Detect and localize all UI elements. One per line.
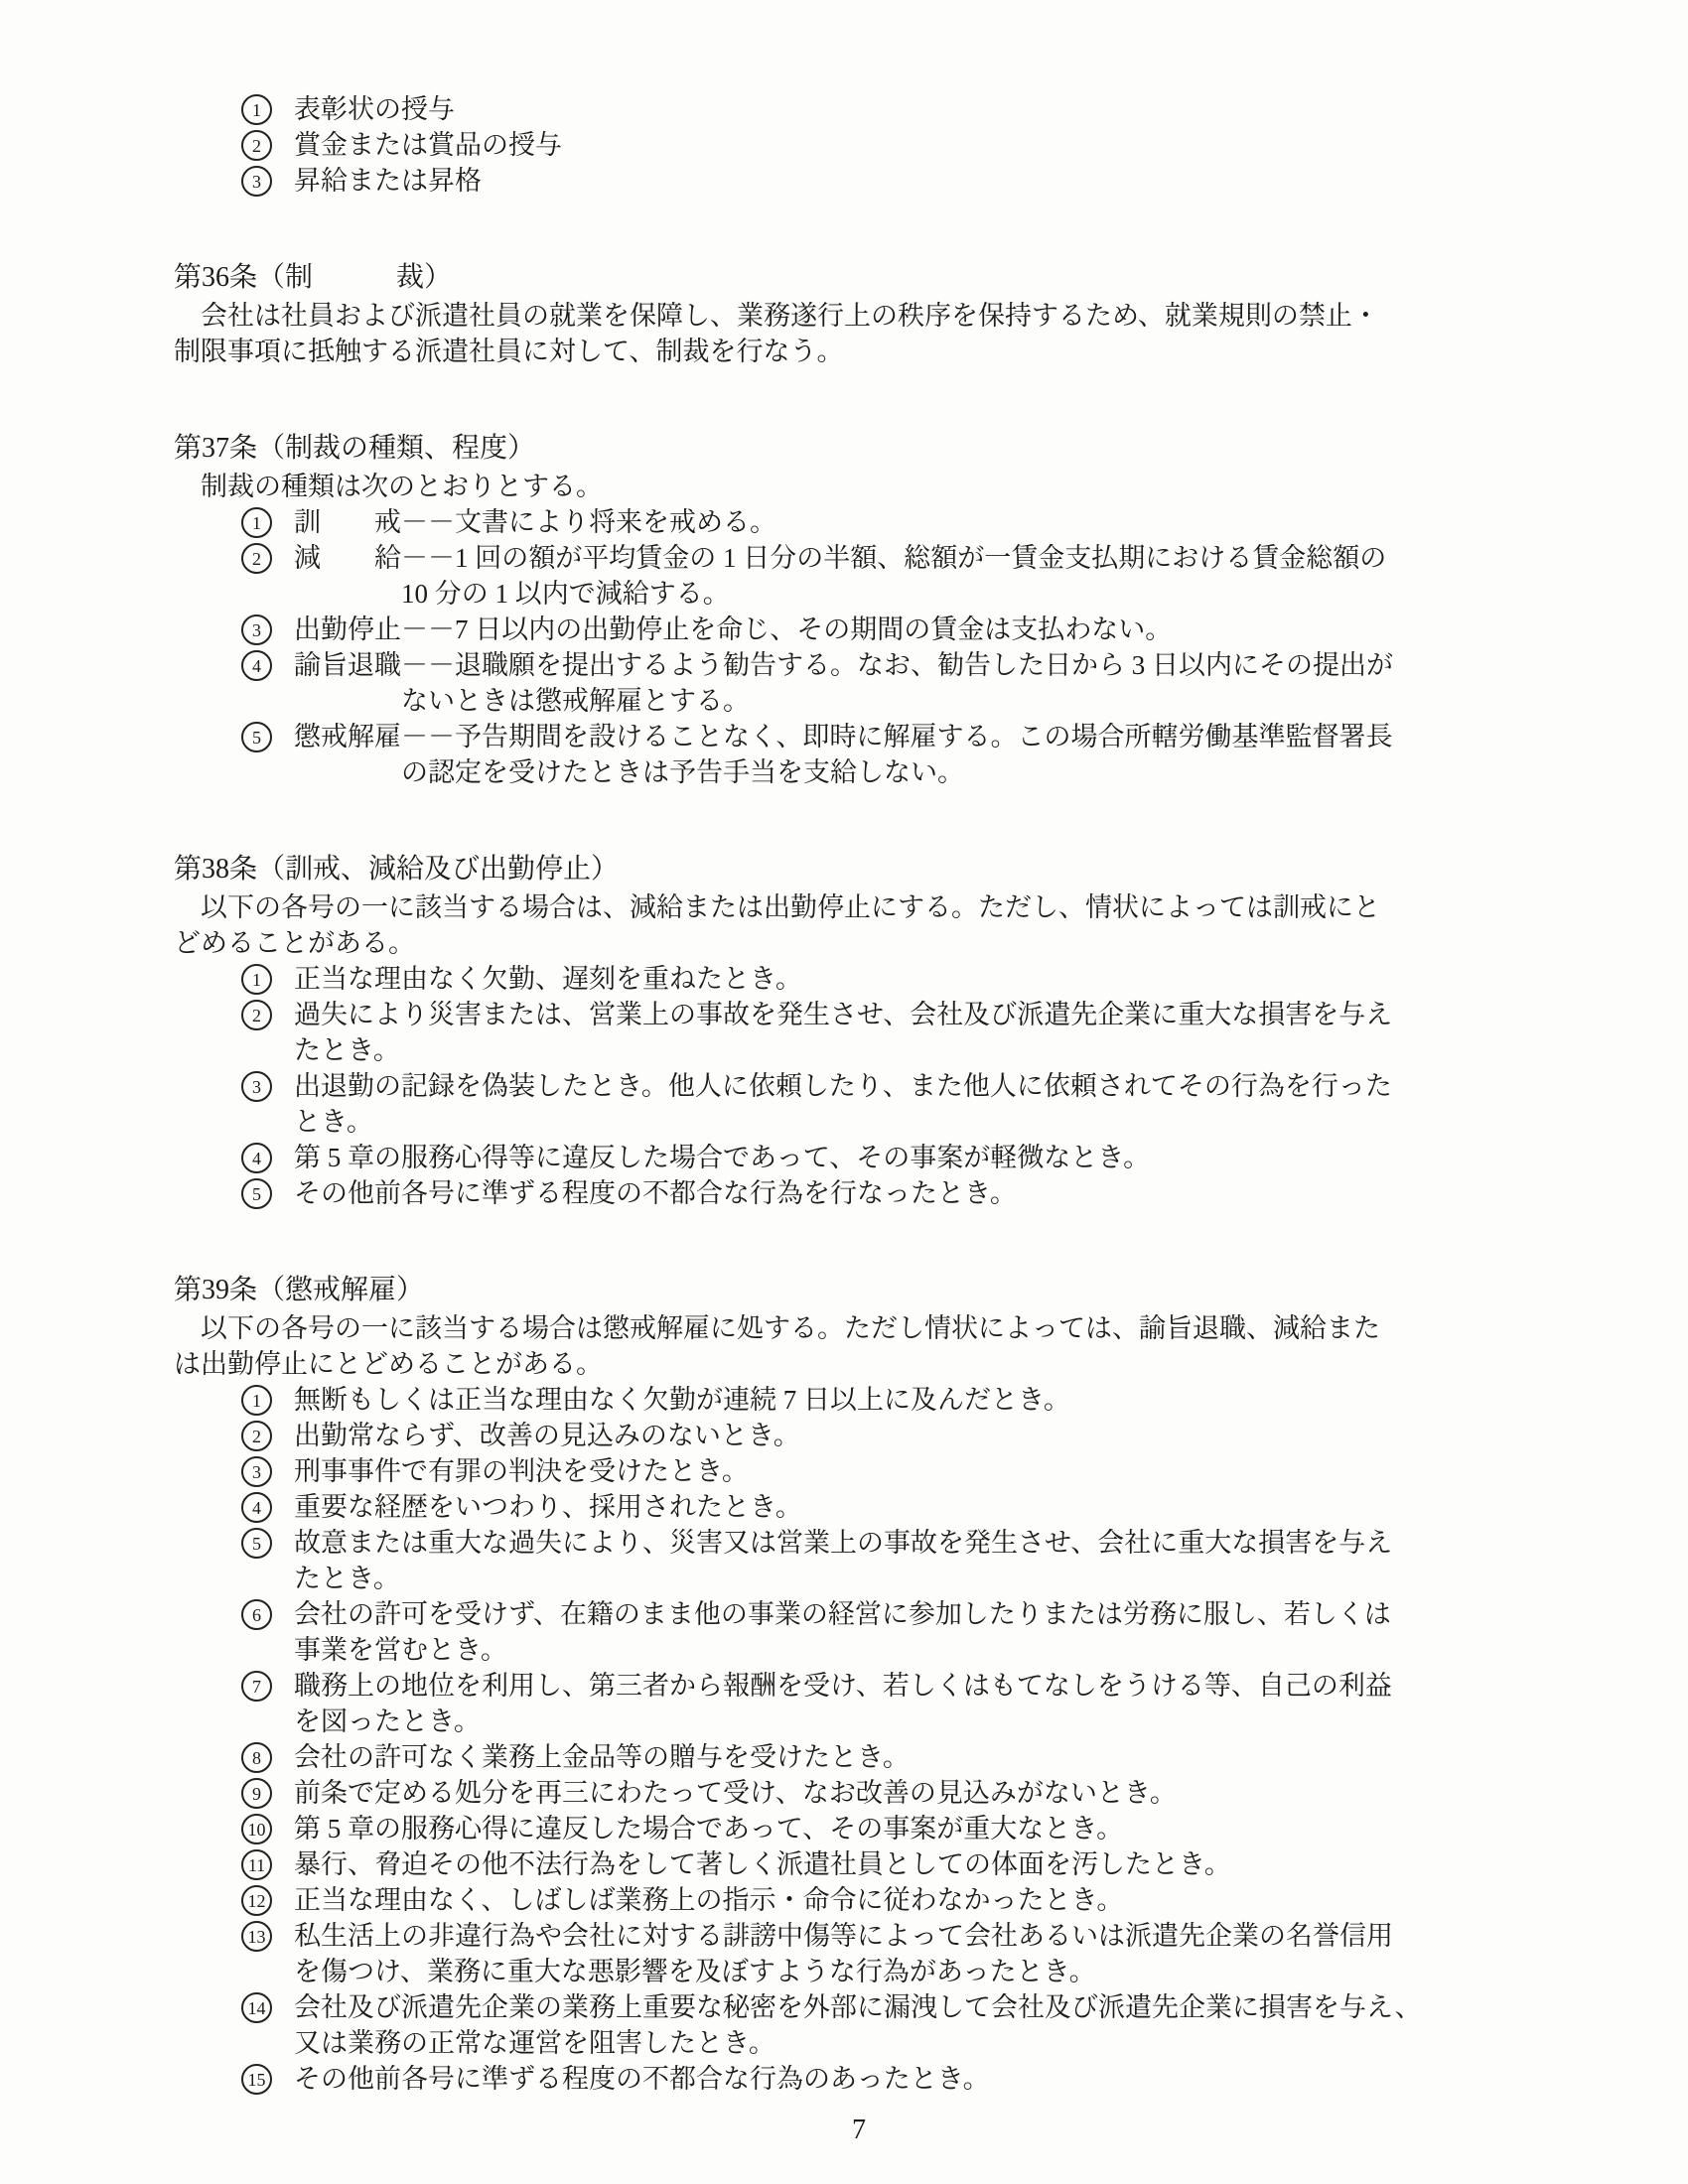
item-text: その他前各号に準ずる程度の不都合な行為を行なったとき。 — [294, 1175, 1544, 1211]
item-text: 減 給－－1 回の額が平均賃金の 1 日分の半額、総額が一賃金支払期における賃金… — [294, 540, 1544, 612]
circled-number-icon: 5 — [241, 722, 272, 752]
item-text-line: 賞金または賞品の授与 — [294, 127, 1544, 163]
item-text: 暴行、脅迫その他不法行為をして著しく派遣社員としての体面を汚したとき。 — [294, 1846, 1544, 1882]
article-item: 5故意または重大な過失により、災害又は営業上の事故を発生させ、会社に重大な損害を… — [241, 1525, 1544, 1596]
item-text-line: とき。 — [294, 1104, 1544, 1140]
item-text-line: たとき。 — [294, 1561, 1544, 1596]
article-item: 1表彰状の授与 — [241, 91, 1544, 127]
item-text: 故意または重大な過失により、災害又は営業上の事故を発生させ、会社に重大な損害を与… — [294, 1525, 1544, 1596]
item-text-line: 故意または重大な過失により、災害又は営業上の事故を発生させ、会社に重大な損害を与… — [294, 1525, 1544, 1561]
item-text-line: 会社及び派遣先企業の業務上重要な秘密を外部に漏洩して会社及び派遣先企業に損害を与… — [294, 1989, 1544, 2025]
article-section: 第38条（訓戒、減給及び出勤停止）以下の各号の一に該当する場合は、減給または出勤… — [174, 850, 1544, 1211]
item-text-line: 過失により災害または、営業上の事故を発生させ、会社及び派遣先企業に重大な損害を与… — [294, 997, 1544, 1032]
article-item: 14会社及び派遣先企業の業務上重要な秘密を外部に漏洩して会社及び派遣先企業に損害… — [241, 1989, 1544, 2061]
circled-number-icon: 14 — [241, 1992, 272, 2023]
circled-number-icon: 4 — [241, 1143, 272, 1173]
circled-number-icon: 3 — [241, 614, 272, 645]
circled-number-icon: 2 — [241, 543, 272, 574]
item-text: 第 5 章の服務心得に違反した場合であって、その事案が重大なとき。 — [294, 1811, 1544, 1846]
article-item: 2賞金または賞品の授与 — [241, 127, 1544, 163]
article-section: 第37条（制裁の種類、程度）制裁の種類は次のとおりとする。1訓 戒－－文書により… — [174, 429, 1544, 790]
item-text: 会社の許可なく業務上金品等の贈与を受けたとき。 — [294, 1739, 1544, 1775]
circled-number-icon: 2 — [241, 1000, 272, 1030]
item-text-line: 出勤常ならず、改善の見込みのないとき。 — [294, 1418, 1544, 1453]
circled-number-icon: 6 — [241, 1599, 272, 1630]
item-text-line: 職務上の地位を利用し、第三者から報酬を受け、若しくはもてなしをうける等、自己の利… — [294, 1668, 1544, 1704]
article-heading: 第37条（制裁の種類、程度） — [174, 429, 1544, 469]
item-text: 過失により災害または、営業上の事故を発生させ、会社及び派遣先企業に重大な損害を与… — [294, 997, 1544, 1068]
circled-number-icon: 1 — [241, 94, 272, 125]
item-text: 昇給または昇格 — [294, 163, 1544, 199]
document-page: 1表彰状の授与2賞金または賞品の授与3昇給または昇格 第36条（制 裁）会社は社… — [0, 0, 1688, 2184]
circled-number-icon: 15 — [241, 2064, 272, 2095]
article-item: 3刑事事件で有罪の判決を受けたとき。 — [241, 1453, 1544, 1489]
item-text-line: を傷つけ、業務に重大な悪影響を及ぼすような行為があったとき。 — [294, 1954, 1544, 1989]
item-text-line: 第 5 章の服務心得に違反した場合であって、その事案が重大なとき。 — [294, 1811, 1544, 1846]
article-section: 第36条（制 裁）会社は社員および派遣社員の就業を保障し、業務遂行上の秩序を保持… — [174, 258, 1544, 369]
circled-number-icon: 7 — [241, 1671, 272, 1702]
item-text-line: 刑事事件で有罪の判決を受けたとき。 — [294, 1453, 1544, 1489]
circled-number-icon: 2 — [241, 1421, 272, 1451]
page-number: 7 — [174, 2113, 1544, 2148]
circled-number-icon: 10 — [241, 1814, 272, 1844]
item-text: 訓 戒－－文書により将来を戒める。 — [294, 504, 1544, 540]
article-paragraph-line: 制限事項に抵触する派遣社員に対して、制裁を行なう。 — [174, 334, 1544, 369]
item-text-line: その他前各号に準ずる程度の不都合な行為を行なったとき。 — [294, 1175, 1544, 1211]
item-text: 刑事事件で有罪の判決を受けたとき。 — [294, 1453, 1544, 1489]
item-text: 会社の許可を受けず、在籍のまま他の事業の経営に参加したりまたは労務に服し、若しく… — [294, 1596, 1544, 1668]
article-item: 13私生活上の非違行為や会社に対する誹謗中傷等によって会社あるいは派遣先企業の名… — [241, 1918, 1544, 1989]
item-text: 私生活上の非違行為や会社に対する誹謗中傷等によって会社あるいは派遣先企業の名誉信… — [294, 1918, 1544, 1989]
item-text-line: たとき。 — [294, 1032, 1544, 1068]
circled-number-icon: 3 — [241, 1071, 272, 1102]
article-item: 4諭旨退職－－退職願を提出するよう勧告する。なお、勧告した日から 3 日以内にそ… — [241, 647, 1544, 719]
item-text: 諭旨退職－－退職願を提出するよう勧告する。なお、勧告した日から 3 日以内にその… — [294, 647, 1544, 719]
item-text-line: 表彰状の授与 — [294, 91, 1544, 127]
item-text: 出勤停止－－7 日以内の出勤停止を命じ、その期間の賃金は支払わない。 — [294, 612, 1544, 647]
article-items: 1無断もしくは正当な理由なく欠勤が連続 7 日以上に及んだとき。2出勤常ならず、… — [174, 1382, 1544, 2097]
item-text: 賞金または賞品の授与 — [294, 127, 1544, 163]
article-item: 1正当な理由なく欠勤、遅刻を重ねたとき。 — [241, 961, 1544, 997]
circled-number-icon: 3 — [241, 166, 272, 197]
article-item: 4重要な経歴をいつわり、採用されたとき。 — [241, 1489, 1544, 1525]
article-item: 15その他前各号に準ずる程度の不都合な行為のあったとき。 — [241, 2061, 1544, 2097]
circled-number-icon: 5 — [241, 1178, 272, 1209]
item-text-line: ないときは懲戒解雇とする。 — [401, 683, 1544, 719]
item-text: 無断もしくは正当な理由なく欠勤が連続 7 日以上に及んだとき。 — [294, 1382, 1544, 1418]
article-paragraph-line: 会社は社員および派遣社員の就業を保障し、業務遂行上の秩序を保持するため、就業規則… — [174, 298, 1544, 334]
article-item: 2出勤常ならず、改善の見込みのないとき。 — [241, 1418, 1544, 1453]
article-item: 10第 5 章の服務心得に違反した場合であって、その事案が重大なとき。 — [241, 1811, 1544, 1846]
item-text-line: 懲戒解雇－－予告期間を設けることなく、即時に解雇する。この場合所轄労働基準監督署… — [294, 719, 1544, 754]
item-text: 正当な理由なく欠勤、遅刻を重ねたとき。 — [294, 961, 1544, 997]
item-text-line: 昇給または昇格 — [294, 163, 1544, 199]
item-text: 職務上の地位を利用し、第三者から報酬を受け、若しくはもてなしをうける等、自己の利… — [294, 1668, 1544, 1739]
article-item: 1訓 戒－－文書により将来を戒める。 — [241, 504, 1544, 540]
item-text: 前条で定める処分を再三にわたって受け、なお改善の見込みがないとき。 — [294, 1775, 1544, 1811]
circled-number-icon: 1 — [241, 1385, 272, 1416]
article-paragraph-line: どめることがある。 — [174, 925, 1544, 961]
item-text-line: 10 分の 1 以内で減給する。 — [401, 576, 1544, 612]
item-text-line: その他前各号に準ずる程度の不都合な行為のあったとき。 — [294, 2061, 1544, 2097]
circled-number-icon: 9 — [241, 1778, 272, 1809]
item-text-line: 出勤停止－－7 日以内の出勤停止を命じ、その期間の賃金は支払わない。 — [294, 612, 1544, 647]
item-text: 出勤常ならず、改善の見込みのないとき。 — [294, 1418, 1544, 1453]
item-text-line: 又は業務の正常な運営を阻害したとき。 — [294, 2025, 1544, 2061]
item-text: 出退勤の記録を偽装したとき。他人に依頼したり、また他人に依頼されてその行為を行っ… — [294, 1068, 1544, 1140]
article-item: 5その他前各号に準ずる程度の不都合な行為を行なったとき。 — [241, 1175, 1544, 1211]
article-heading: 第38条（訓戒、減給及び出勤停止） — [174, 850, 1544, 889]
article-item: 6会社の許可を受けず、在籍のまま他の事業の経営に参加したりまたは労務に服し、若し… — [241, 1596, 1544, 1668]
article-item: 9前条で定める処分を再三にわたって受け、なお改善の見込みがないとき。 — [241, 1775, 1544, 1811]
circled-number-icon: 1 — [241, 964, 272, 995]
item-text-line: 正当な理由なく欠勤、遅刻を重ねたとき。 — [294, 961, 1544, 997]
article-item: 3昇給または昇格 — [241, 163, 1544, 199]
item-text-line: 第 5 章の服務心得等に違反した場合であって、その事案が軽微なとき。 — [294, 1140, 1544, 1175]
article-item: 5懲戒解雇－－予告期間を設けることなく、即時に解雇する。この場合所轄労働基準監督… — [241, 719, 1544, 790]
article-item: 3出勤停止－－7 日以内の出勤停止を命じ、その期間の賃金は支払わない。 — [241, 612, 1544, 647]
circled-number-icon: 4 — [241, 650, 272, 681]
item-text: 会社及び派遣先企業の業務上重要な秘密を外部に漏洩して会社及び派遣先企業に損害を与… — [294, 1989, 1544, 2061]
item-text-line: 正当な理由なく、しばしば業務上の指示・命令に従わなかったとき。 — [294, 1882, 1544, 1918]
item-text-line: 訓 戒－－文書により将来を戒める。 — [294, 504, 1544, 540]
article-item: 3出退勤の記録を偽装したとき。他人に依頼したり、また他人に依頼されてその行為を行… — [241, 1068, 1544, 1140]
article-paragraph-line: 以下の各号の一に該当する場合は、減給または出勤停止にする。ただし、情状によっては… — [174, 889, 1544, 925]
item-text-line: の認定を受けたときは予告手当を支給しない。 — [401, 754, 1544, 790]
article-items: 1訓 戒－－文書により将来を戒める。2減 給－－1 回の額が平均賃金の 1 日分… — [174, 504, 1544, 790]
article-item: 8会社の許可なく業務上金品等の贈与を受けたとき。 — [241, 1739, 1544, 1775]
article-items: 1正当な理由なく欠勤、遅刻を重ねたとき。2過失により災害または、営業上の事故を発… — [174, 961, 1544, 1211]
item-text-line: 無断もしくは正当な理由なく欠勤が連続 7 日以上に及んだとき。 — [294, 1382, 1544, 1418]
circled-number-icon: 13 — [241, 1921, 272, 1952]
award-list: 1表彰状の授与2賞金または賞品の授与3昇給または昇格 — [174, 91, 1544, 199]
circled-number-icon: 5 — [241, 1528, 272, 1559]
circled-number-icon: 4 — [241, 1492, 272, 1523]
item-text-line: 諭旨退職－－退職願を提出するよう勧告する。なお、勧告した日から 3 日以内にその… — [294, 647, 1544, 683]
circled-number-icon: 1 — [241, 507, 272, 538]
item-text-line: 私生活上の非違行為や会社に対する誹謗中傷等によって会社あるいは派遣先企業の名誉信… — [294, 1918, 1544, 1954]
article-item: 2減 給－－1 回の額が平均賃金の 1 日分の半額、総額が一賃金支払期における賃… — [241, 540, 1544, 612]
item-text: 第 5 章の服務心得等に違反した場合であって、その事案が軽微なとき。 — [294, 1140, 1544, 1175]
article-section: 第39条（懲戒解雇）以下の各号の一に該当する場合は懲戒解雇に処する。ただし情状に… — [174, 1271, 1544, 2097]
article-item: 1無断もしくは正当な理由なく欠勤が連続 7 日以上に及んだとき。 — [241, 1382, 1544, 1418]
item-text: その他前各号に準ずる程度の不都合な行為のあったとき。 — [294, 2061, 1544, 2097]
item-text-line: 前条で定める処分を再三にわたって受け、なお改善の見込みがないとき。 — [294, 1775, 1544, 1811]
item-text-line: 減 給－－1 回の額が平均賃金の 1 日分の半額、総額が一賃金支払期における賃金… — [294, 540, 1544, 576]
article-item: 7職務上の地位を利用し、第三者から報酬を受け、若しくはもてなしをうける等、自己の… — [241, 1668, 1544, 1739]
article-paragraph-line: 以下の各号の一に該当する場合は懲戒解雇に処する。ただし情状によっては、諭旨退職、… — [174, 1310, 1544, 1346]
item-text-line: 暴行、脅迫その他不法行為をして著しく派遣社員としての体面を汚したとき。 — [294, 1846, 1544, 1882]
articles-container: 第36条（制 裁）会社は社員および派遣社員の就業を保障し、業務遂行上の秩序を保持… — [174, 258, 1544, 2097]
item-text: 表彰状の授与 — [294, 91, 1544, 127]
article-paragraph-line: は出勤停止にとどめることがある。 — [174, 1346, 1544, 1382]
item-text: 懲戒解雇－－予告期間を設けることなく、即時に解雇する。この場合所轄労働基準監督署… — [294, 719, 1544, 790]
circled-number-icon: 8 — [241, 1742, 272, 1773]
circled-number-icon: 12 — [241, 1885, 272, 1916]
item-text-line: 重要な経歴をいつわり、採用されたとき。 — [294, 1489, 1544, 1525]
circled-number-icon: 11 — [241, 1849, 272, 1880]
article-item: 2過失により災害または、営業上の事故を発生させ、会社及び派遣先企業に重大な損害を… — [241, 997, 1544, 1068]
item-text-line: 出退勤の記録を偽装したとき。他人に依頼したり、また他人に依頼されてその行為を行っ… — [294, 1068, 1544, 1104]
article-item: 12正当な理由なく、しばしば業務上の指示・命令に従わなかったとき。 — [241, 1882, 1544, 1918]
item-text-line: 会社の許可なく業務上金品等の贈与を受けたとき。 — [294, 1739, 1544, 1775]
article-heading: 第39条（懲戒解雇） — [174, 1271, 1544, 1310]
circled-number-icon: 2 — [241, 130, 272, 161]
circled-number-icon: 3 — [241, 1456, 272, 1487]
article-item: 4第 5 章の服務心得等に違反した場合であって、その事案が軽微なとき。 — [241, 1140, 1544, 1175]
article-heading: 第36条（制 裁） — [174, 258, 1544, 298]
item-text-line: 会社の許可を受けず、在籍のまま他の事業の経営に参加したりまたは労務に服し、若しく… — [294, 1596, 1544, 1632]
article-paragraph-line: 制裁の種類は次のとおりとする。 — [174, 469, 1544, 504]
item-text-line: を図ったとき。 — [294, 1704, 1544, 1739]
item-text-line: 事業を営むとき。 — [294, 1632, 1544, 1668]
article-item: 11暴行、脅迫その他不法行為をして著しく派遣社員としての体面を汚したとき。 — [241, 1846, 1544, 1882]
item-text: 正当な理由なく、しばしば業務上の指示・命令に従わなかったとき。 — [294, 1882, 1544, 1918]
item-text: 重要な経歴をいつわり、採用されたとき。 — [294, 1489, 1544, 1525]
